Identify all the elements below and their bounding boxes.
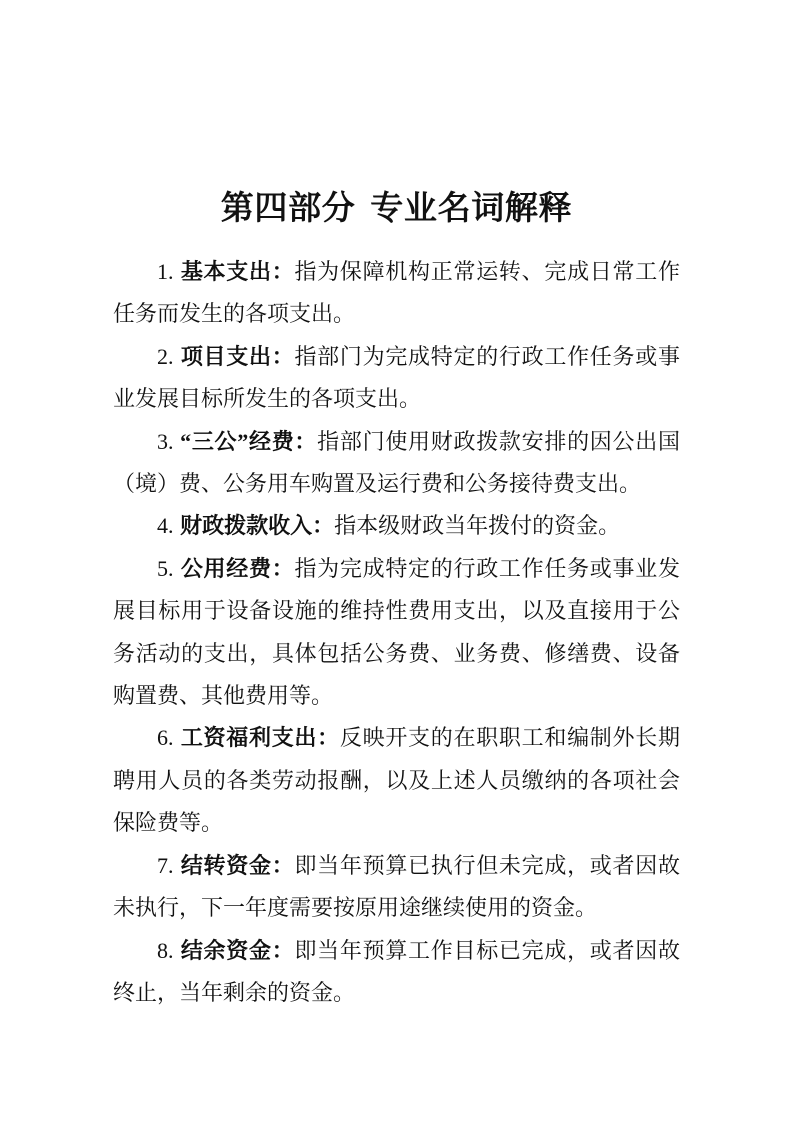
term-colon: ： [312, 513, 334, 538]
term-name: 项目支出 [180, 344, 272, 369]
term-name: “三公”经费 [180, 429, 294, 454]
term-name: 工资福利支出 [180, 725, 317, 750]
term-colon: ： [272, 344, 295, 369]
term-item-4: 4.财政拨款收入：指本级财政当年拨付的资金。 [113, 505, 680, 547]
term-colon: ： [294, 429, 317, 454]
term-colon: ： [317, 725, 340, 750]
term-item-3: 3.“三公”经费：指部门使用财政拨款安排的因公出国（境）费、公务用车购置及运行费… [113, 421, 680, 506]
term-number: 5. [157, 556, 174, 581]
term-number: 7. [157, 853, 174, 878]
term-item-8: 8.结余资金：即当年预算工作目标已完成，或者因故终止，当年剩余的资金。 [113, 930, 680, 1015]
page-title: 第四部分 专业名词解释 [113, 189, 680, 229]
term-item-5: 5.公用经费：指为完成特定的行政工作任务或事业发展目标用于设备设施的维持性费用支… [113, 548, 680, 718]
term-colon: ： [272, 853, 295, 878]
term-number: 1. [157, 259, 174, 284]
term-number: 4. [157, 513, 174, 538]
term-name: 结转资金 [180, 853, 272, 878]
term-colon: ： [272, 556, 295, 581]
term-name: 结余资金 [180, 938, 272, 963]
term-number: 8. [157, 938, 174, 963]
term-name: 财政拨款收入 [180, 513, 312, 538]
document-page: 第四部分 专业名词解释 1.基本支出：指为保障机构正常运转、完成日常工作任务而发… [0, 0, 793, 1122]
term-colon: ： [272, 259, 295, 284]
term-number: 6. [157, 725, 174, 750]
term-number: 3. [157, 429, 174, 454]
term-name: 公用经费 [180, 556, 272, 581]
terms-list: 1.基本支出：指为保障机构正常运转、完成日常工作任务而发生的各项支出。 2.项目… [113, 251, 680, 1014]
term-item-6: 6.工资福利支出：反映开支的在职职工和编制外长期聘用人员的各类劳动报酬，以及上述… [113, 717, 680, 844]
term-item-2: 2.项目支出：指部门为完成特定的行政工作任务或事业发展目标所发生的各项支出。 [113, 336, 680, 421]
term-item-7: 7.结转资金：即当年预算已执行但未完成，或者因故未执行，下一年度需要按原用途继续… [113, 845, 680, 930]
term-colon: ： [272, 938, 295, 963]
term-name: 基本支出 [180, 259, 272, 284]
term-item-1: 1.基本支出：指为保障机构正常运转、完成日常工作任务而发生的各项支出。 [113, 251, 680, 336]
term-definition: 指本级财政当年拨付的资金。 [334, 513, 620, 538]
term-number: 2. [157, 344, 174, 369]
